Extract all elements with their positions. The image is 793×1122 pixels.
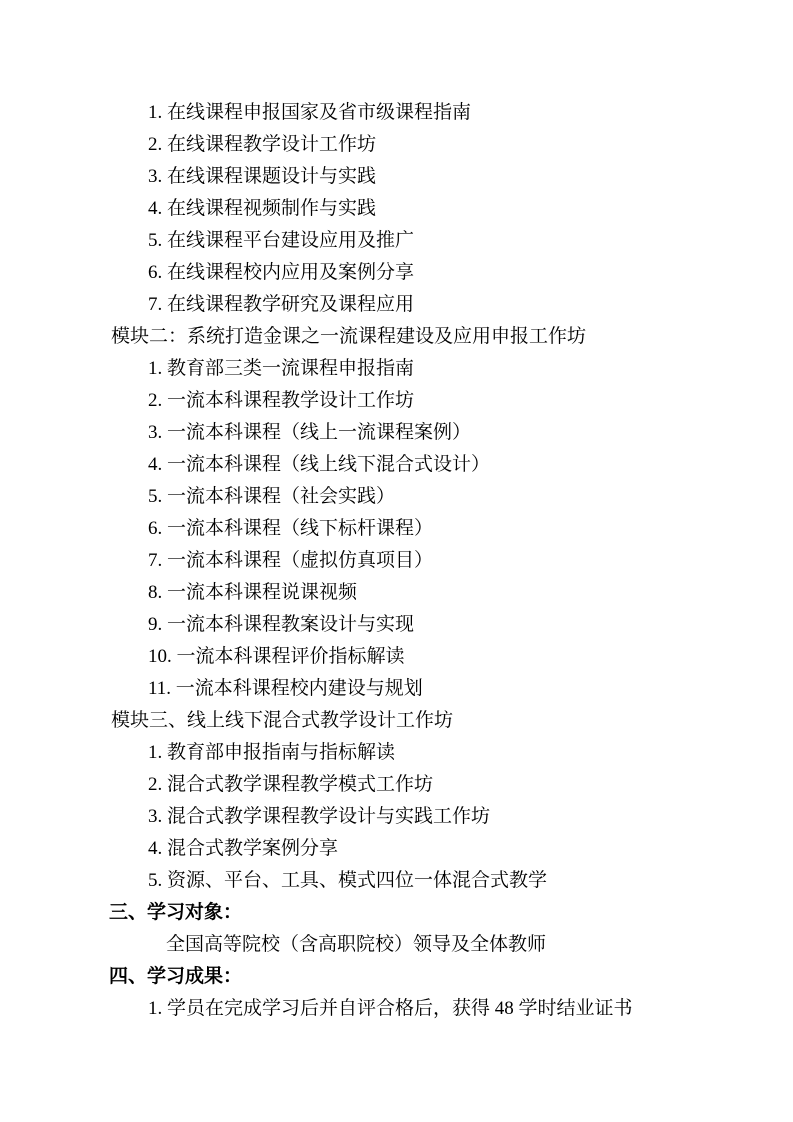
list-item: 11. 一流本科课程校内建设与规划 <box>0 673 793 705</box>
list-item: 5. 一流本科课程（社会实践） <box>0 481 793 513</box>
list-item: 9. 一流本科课程教案设计与实现 <box>0 609 793 641</box>
list-item: 1. 教育部申报指南与指标解读 <box>0 737 793 769</box>
list-item: 10. 一流本科课程评价指标解读 <box>0 641 793 673</box>
list-item: 3. 混合式教学课程教学设计与实践工作坊 <box>0 801 793 833</box>
document-page: 1. 在线课程申报国家及省市级课程指南2. 在线课程教学设计工作坊3. 在线课程… <box>0 0 793 1122</box>
list-item: 5. 在线课程平台建设应用及推广 <box>0 225 793 257</box>
list-item: 3. 一流本科课程（线上一流课程案例） <box>0 417 793 449</box>
section-3-paragraph: 全国高等院校（含高职院校）领导及全体教师 <box>0 929 793 961</box>
document-body: 1. 在线课程申报国家及省市级课程指南2. 在线课程教学设计工作坊3. 在线课程… <box>0 0 793 1025</box>
list-item: 4. 一流本科课程（线上线下混合式设计） <box>0 449 793 481</box>
list-item: 8. 一流本科课程说课视频 <box>0 577 793 609</box>
list-item: 1. 在线课程申报国家及省市级课程指南 <box>0 97 793 129</box>
list-item: 2. 混合式教学课程教学模式工作坊 <box>0 769 793 801</box>
module-2-header: 模块二：系统打造金课之一流课程建设及应用申报工作坊 <box>0 321 793 353</box>
list-item: 6. 在线课程校内应用及案例分享 <box>0 257 793 289</box>
list-item: 5. 资源、平台、工具、模式四位一体混合式教学 <box>0 865 793 897</box>
list-item: 7. 一流本科课程（虚拟仿真项目） <box>0 545 793 577</box>
list-item: 1. 学员在完成学习后并自评合格后，获得 48 学时结业证书 <box>0 993 793 1025</box>
list-item: 4. 在线课程视频制作与实践 <box>0 193 793 225</box>
section-4-heading: 四、学习成果： <box>0 961 793 993</box>
list-item: 3. 在线课程课题设计与实践 <box>0 161 793 193</box>
list-item: 4. 混合式教学案例分享 <box>0 833 793 865</box>
list-item: 2. 一流本科课程教学设计工作坊 <box>0 385 793 417</box>
list-item: 2. 在线课程教学设计工作坊 <box>0 129 793 161</box>
module-3-header: 模块三、线上线下混合式教学设计工作坊 <box>0 705 793 737</box>
list-item: 1. 教育部三类一流课程申报指南 <box>0 353 793 385</box>
list-item: 7. 在线课程教学研究及课程应用 <box>0 289 793 321</box>
section-3-heading: 三、学习对象： <box>0 897 793 929</box>
list-item: 6. 一流本科课程（线下标杆课程） <box>0 513 793 545</box>
